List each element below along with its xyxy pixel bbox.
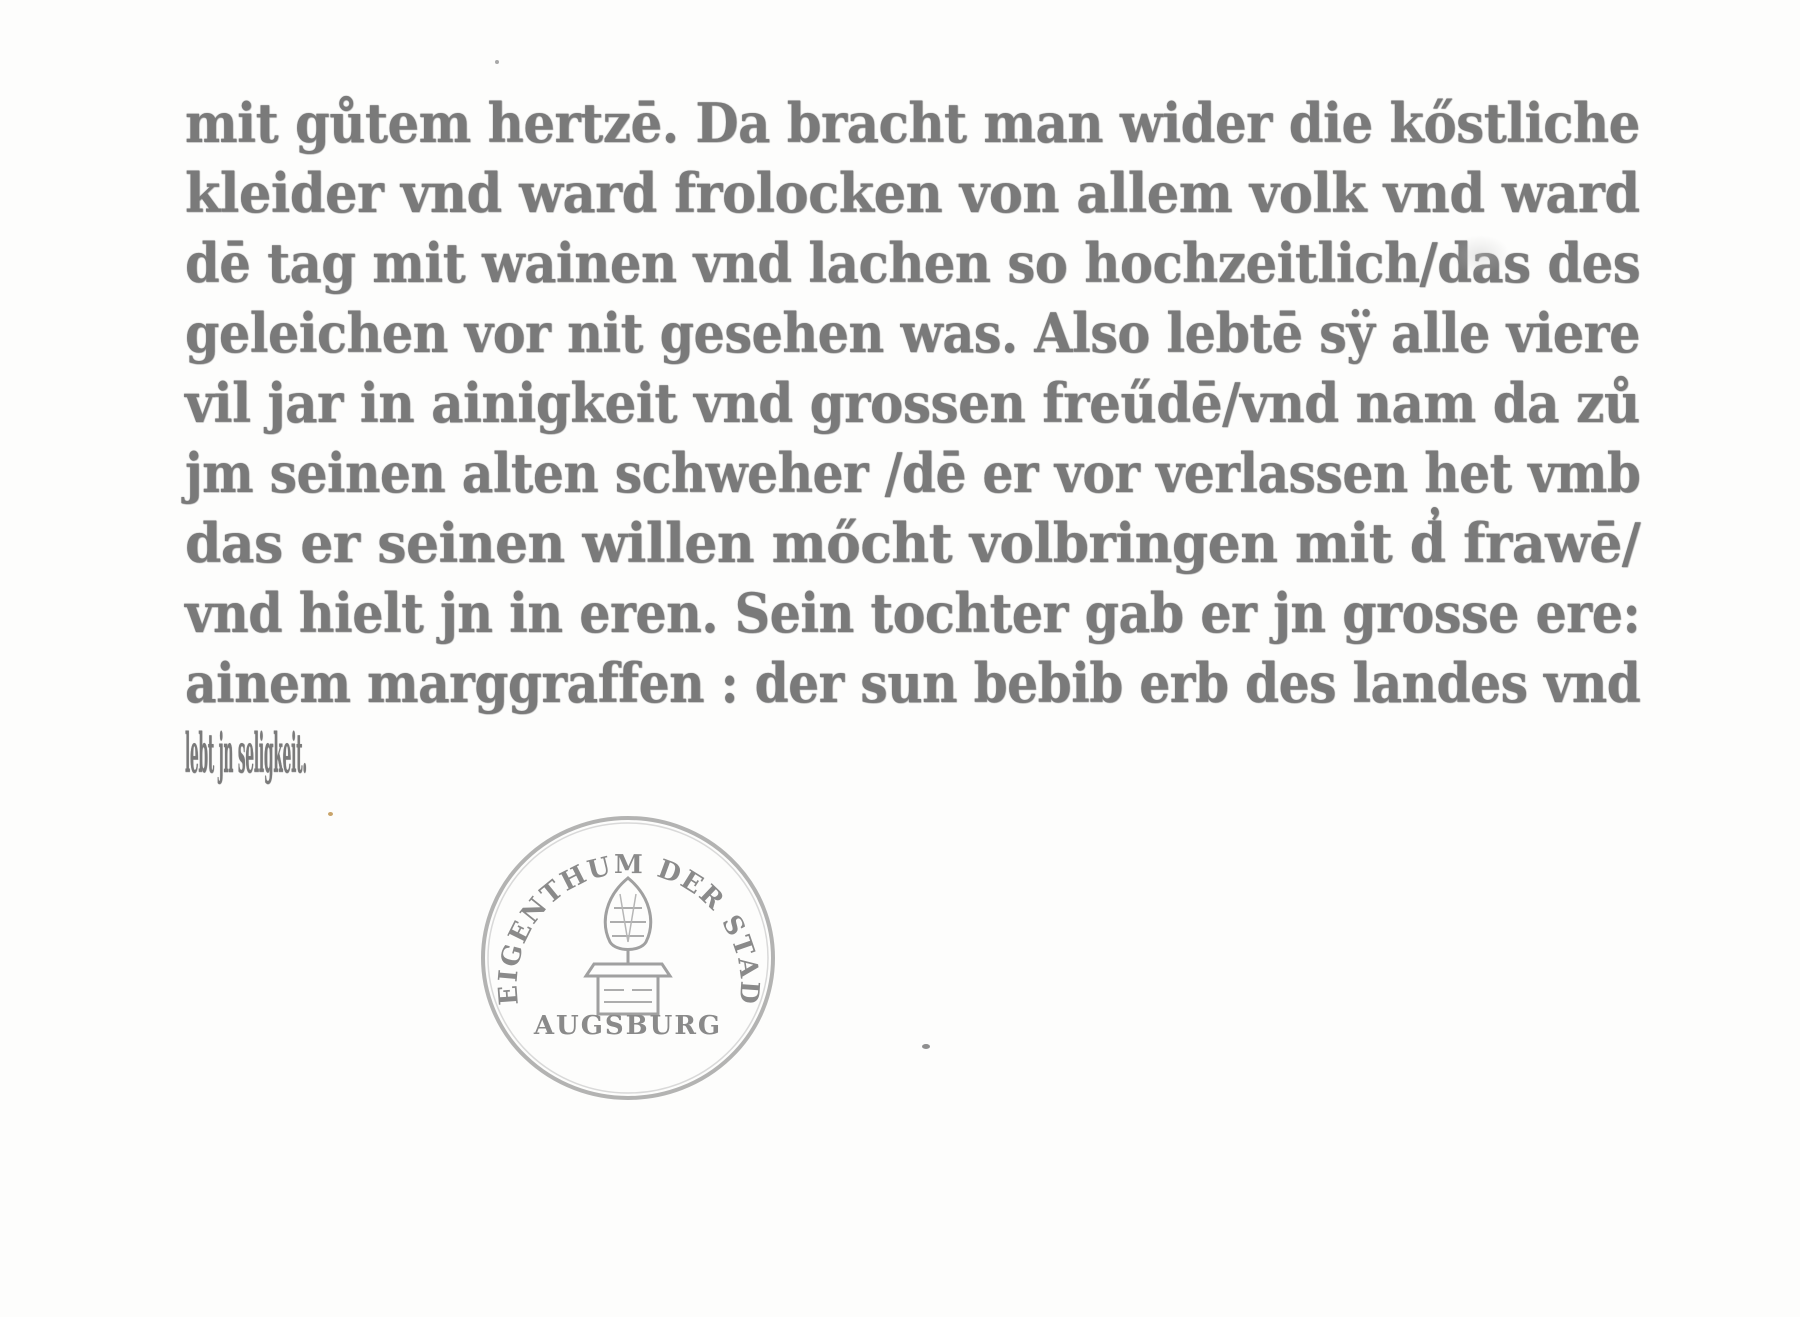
text-line-9: ainem marggraffen : der sun bebib erb de… — [185, 648, 1509, 718]
text-line-4: geleichen vor nit gesehen was. Also lebt… — [185, 298, 1523, 368]
text-line-2: kleider vnd ward frolocken von allem vol… — [185, 158, 1575, 228]
paper-speck — [922, 1044, 930, 1049]
paper-speck — [495, 60, 499, 64]
scanned-page: mit gůtem hertzē. Da bracht man wider di… — [0, 0, 1800, 1317]
text-line-3: dē tag mit wainen vnd lachen so hochzeit… — [185, 228, 1535, 298]
text-line-10: lebt jn seligkeit. — [185, 718, 555, 788]
paper-speck — [328, 812, 333, 816]
body-text: mit gůtem hertzē. Da bracht man wider di… — [185, 88, 1655, 788]
text-line-6: jm seinen alten schweher /dē er vor verl… — [185, 438, 1509, 508]
text-line-1: mit gůtem hertzē. Da bracht man wider di… — [185, 88, 1539, 158]
library-ownership-stamp: EIGENTHUM DER STADT AUGSBURG — [478, 812, 778, 1104]
text-line-7: das er seinen willen mőcht volbringen mi… — [185, 508, 1598, 578]
pine-cone-on-pedestal-icon — [586, 878, 670, 1014]
stamp-graphic: EIGENTHUM DER STADT AUGSBURG — [478, 812, 778, 1104]
text-line-8: vnd hielt jn in eren. Sein tochter gab e… — [185, 578, 1521, 648]
ink-smudge — [1450, 235, 1510, 275]
text-line-5: vil jar in ainigkeit vnd grossen freűdē/… — [185, 368, 1545, 438]
